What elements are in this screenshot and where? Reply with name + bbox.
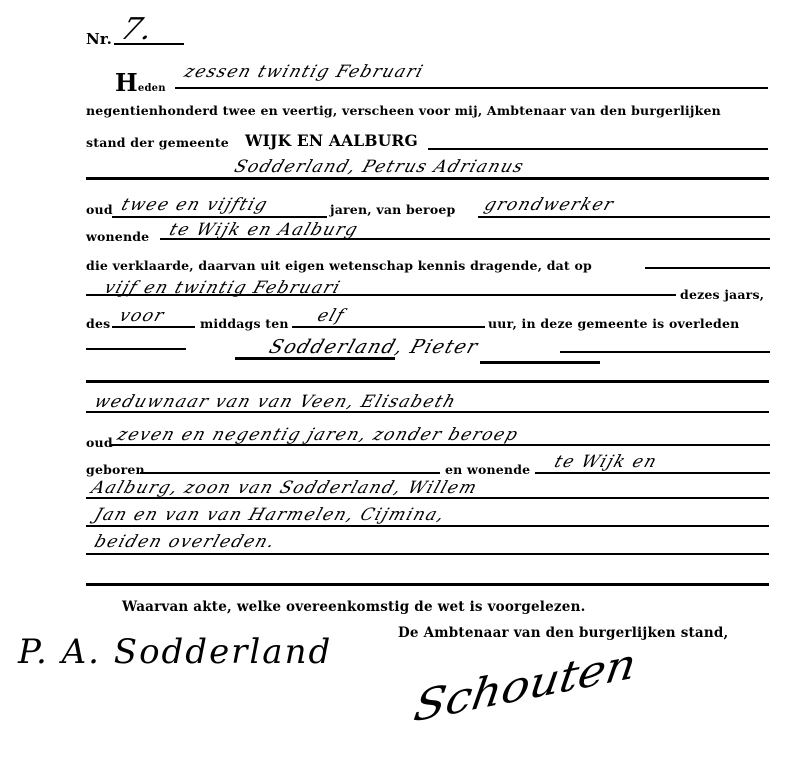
declarant-name: Sodderland, Petrus Adrianus (232, 157, 527, 177)
declarant-age: twee en vijftig (119, 195, 271, 215)
residence-rule (160, 238, 770, 240)
uur-label: uur, in deze gemeente is overleden (488, 316, 739, 331)
declarant-occupation: grondwerker (482, 195, 617, 215)
status-rule (86, 411, 769, 413)
deceased-name-rule-right (560, 351, 770, 353)
heden-value: zessen twintig Februari (182, 62, 728, 82)
middags-label: middags ten (200, 316, 289, 331)
line-2: negentienhonderd twee en veertig, versch… (86, 103, 721, 118)
heden-label: Heden (115, 68, 166, 97)
parents-line-3-rule (86, 553, 769, 555)
death-date-rule (86, 294, 676, 296)
number-rule (114, 43, 184, 45)
parents-line-1-rule (86, 497, 769, 499)
deceased-age: zeven en negentig jaren, zonder beroep (115, 425, 522, 445)
hour-rule (292, 326, 485, 328)
heden-rule (175, 87, 768, 89)
deceased-name-underline-1 (235, 357, 395, 360)
wonende-label: wonende (86, 229, 149, 244)
declarant-name-rule (86, 177, 769, 180)
occupation-rule (478, 216, 770, 218)
geboren-rule (140, 472, 440, 474)
declarant-residence: te Wijk en Aalburg (167, 220, 361, 240)
en-wonende-label: en wonende (445, 462, 530, 477)
line-3-prefix: stand der gemeente (86, 135, 229, 150)
deceased-name-rule-left (86, 348, 186, 350)
daypart-rule (112, 326, 195, 328)
hour: elf (315, 306, 348, 326)
deceased-name-underline-2 (480, 361, 600, 364)
deceased-name: Sodderland, Pieter (266, 336, 481, 358)
verklaarde-rule (645, 267, 770, 269)
municipality-rule (428, 148, 768, 150)
deceased-residence-start: te Wijk en (552, 452, 660, 472)
municipality: WIJK EN AALBURG (245, 131, 418, 150)
signature-declarant: P. A. Sodderland (18, 632, 332, 672)
final-rule (86, 583, 769, 586)
parents-line-2: Jan en van van Harmelen, Cijmina, (92, 505, 448, 525)
deceased-separator-rule (86, 380, 769, 383)
number-value: 7. (116, 12, 159, 47)
parents-line-3: beiden overleden. (92, 532, 278, 552)
oud-label: oud (86, 202, 113, 217)
closing-text: Waarvan akte, welke overeenkomstig de we… (122, 599, 586, 615)
number-label: Nr. (86, 30, 112, 48)
parents-line-1: Aalburg, zoon van Sodderland, Willem (89, 478, 481, 498)
signature-official: Schouten (411, 639, 640, 733)
deceased-age-rule (110, 444, 770, 446)
des-label: des (86, 316, 110, 331)
deceased-status: weduwnaar van van Veen, Elisabeth (92, 392, 459, 412)
age-rule (112, 216, 327, 218)
jaren-label: jaren, van beroep (330, 202, 455, 217)
official-title: De Ambtenaar van den burgerlijken stand, (398, 625, 728, 641)
dezes-jaars: dezes jaars, (680, 287, 764, 302)
deceased-residence-rule (535, 472, 770, 474)
parents-line-2-rule (86, 525, 769, 527)
verklaarde-line: die verklaarde, daarvan uit eigen wetens… (86, 258, 592, 273)
deceased-oud-label: oud (86, 435, 113, 450)
daypart: voor (117, 306, 168, 326)
geboren-label: geboren (86, 462, 145, 477)
